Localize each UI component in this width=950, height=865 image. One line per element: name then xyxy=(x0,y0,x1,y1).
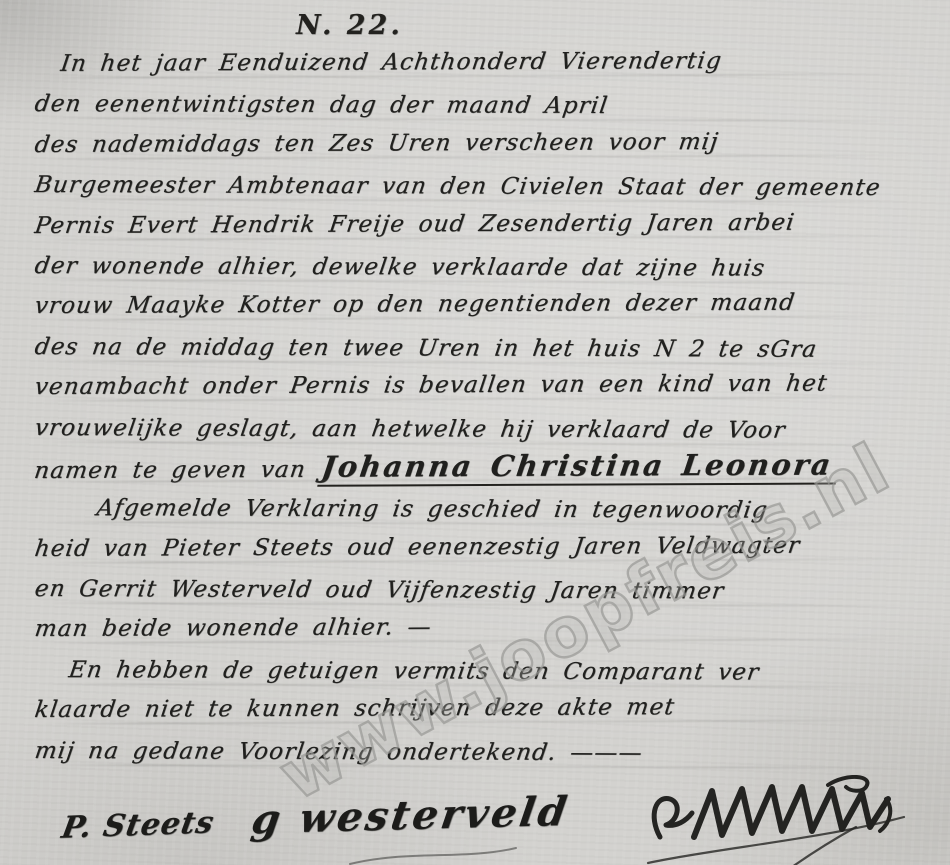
child-names: Johanna Christina Leonora xyxy=(317,447,841,486)
handwriting-line: vrouw Maayke Kotter op den negentienden … xyxy=(32,282,950,326)
handwriting-line: des nademiddags ten Zes Uren verscheen v… xyxy=(32,121,950,165)
handwriting-line: man beide wonende alhier. — xyxy=(32,605,950,649)
signature-witness-westerveld: G Westerveld xyxy=(249,788,573,844)
handwriting-line: In het jaar Eenduizend Achthonderd Viere… xyxy=(32,40,950,84)
document-scan-page: N. 22. In het jaar Eenduizend Achthonder… xyxy=(0,0,950,865)
handwriting-line: venambacht onder Pernis is bevallen van … xyxy=(32,363,950,407)
signatures-row: P. Steets G Westerveld xyxy=(0,770,950,865)
child-names-prefix: namen te geven van xyxy=(33,457,322,484)
handwritten-text-block: In het jaar Eenduizend Achthonderd Viere… xyxy=(32,44,944,771)
handwriting-line-child-names: namen te geven van Johanna Christina Leo… xyxy=(32,444,950,488)
handwriting-line: heid van Pieter Steets oud eenenzestig J… xyxy=(32,525,950,569)
handwriting-line: mij na gedane Voorlezing ondertekend. ——… xyxy=(32,731,949,775)
signature-official-scrawl-icon xyxy=(642,775,932,865)
handwriting-line: Pernis Evert Hendrik Freije oud Zesender… xyxy=(32,202,950,246)
signature-witness-steets: P. Steets xyxy=(59,805,217,846)
signature-flourish-icon xyxy=(348,846,518,865)
handwriting-line: klaarde niet te kunnen schrijven deze ak… xyxy=(32,686,950,730)
act-number: N. 22. xyxy=(296,10,403,41)
